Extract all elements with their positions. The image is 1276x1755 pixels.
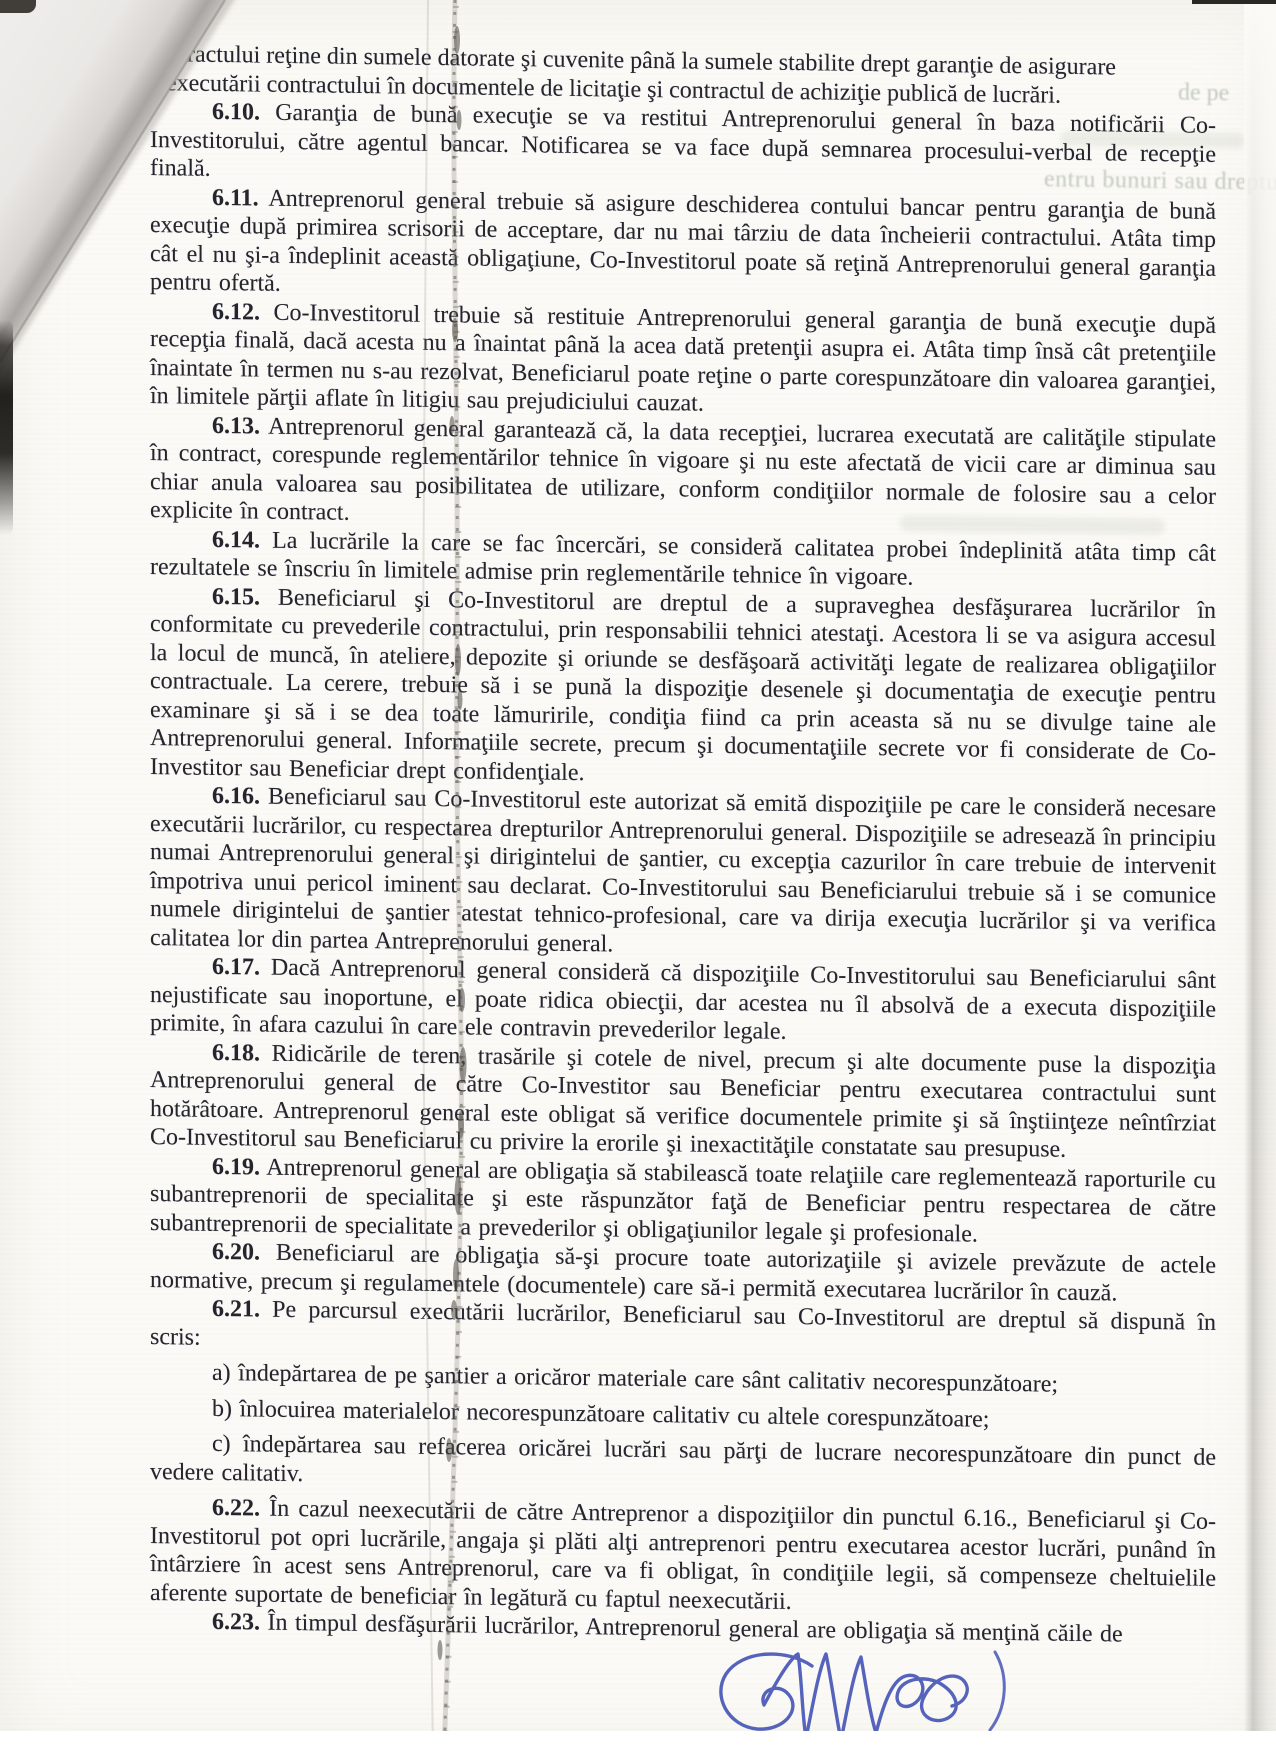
clause-6-22: 6.22. În cazul neexecutării de către Ant…	[150, 1493, 1216, 1622]
top-edge-line-artifact	[1192, 0, 1276, 4]
clause-number: 6.19.	[212, 1153, 260, 1180]
clause-6-19: 6.19. Antreprenorul general are obligaţi…	[150, 1152, 1216, 1252]
clause-6-12: 6.12. Co-Investitorul trebuie să restitu…	[150, 297, 1216, 426]
clause-text: Beneficiarul şi Co-Investitorul are drep…	[150, 584, 1216, 785]
clause-text: Dacă Antreprenorul general consideră că …	[150, 955, 1216, 1045]
clause-number: 6.20.	[212, 1239, 260, 1266]
clause-6-15: 6.15. Beneficiarul şi Co-Investitorul ar…	[150, 582, 1216, 796]
clause-text: Ridicările de teren, trasările şi cotele…	[150, 1040, 1216, 1163]
clause-number: 6.11.	[212, 184, 259, 211]
contract-text-block: ractului reţine din sumele datorate şi c…	[150, 40, 1216, 1650]
left-edge-shadow-artifact	[0, 320, 13, 535]
clause-number: 6.15.	[212, 583, 260, 610]
signature-flourish	[990, 1652, 1004, 1730]
clause-text: Antreprenorul general trebuie să asigure…	[150, 185, 1216, 297]
clause-6-17: 6.17. Dacă Antreprenorul general conside…	[150, 952, 1216, 1052]
scanned-contract-page: de pe entru bunuri sau dreptur ractului …	[0, 0, 1276, 1755]
clause-number: 6.17.	[212, 954, 260, 981]
clause-6-11: 6.11. Antreprenorul general trebuie să a…	[150, 183, 1216, 312]
clause-text: Co-Investitorul trebuie să restituie Ant…	[150, 299, 1216, 417]
right-edge-shadow	[1244, 0, 1276, 1755]
clause-6-10: 6.10. Garanţia de bună execuţie se va re…	[150, 97, 1216, 197]
clause-number: 6.12.	[212, 298, 260, 325]
clause-number: 6.10.	[212, 99, 260, 126]
clause-number: 6.21.	[212, 1296, 260, 1323]
clause-text: Beneficiarul sau Co-Investitorul este au…	[150, 784, 1216, 957]
clause-number: 6.14.	[212, 526, 260, 553]
clause-number: 6.16.	[212, 783, 260, 810]
clause-6-21-item-c: c) îndepărtarea sau refacerea oricărei l…	[150, 1429, 1216, 1501]
clause-text: Garanţia de bună execuţie se va restitui…	[150, 100, 1216, 182]
clause-6-13: 6.13. Antreprenorul general garantează c…	[150, 411, 1216, 540]
clause-number: 6.18.	[212, 1039, 260, 1066]
clause-text: La lucrările la care se fac încercări, s…	[150, 527, 1216, 590]
clause-6-18: 6.18. Ridicările de teren, trasările şi …	[150, 1038, 1216, 1167]
clause-6-16: 6.16. Beneficiarul sau Co-Investitorul e…	[150, 781, 1216, 967]
scanner-edge-mark	[0, 0, 36, 13]
signature-scribble	[721, 1654, 967, 1740]
clause-number: 6.23.	[212, 1609, 260, 1636]
clause-number: 6.22.	[212, 1495, 260, 1522]
clause-text: În cazul neexecutării de către Antrepren…	[150, 1496, 1216, 1615]
clause-text: Antreprenorul general are obligaţia să s…	[150, 1154, 1216, 1247]
clause-number: 6.13.	[212, 412, 260, 439]
scan-bottom-edge	[0, 1731, 1276, 1755]
clause-text: Antreprenorul general garantează că, la …	[150, 413, 1216, 526]
